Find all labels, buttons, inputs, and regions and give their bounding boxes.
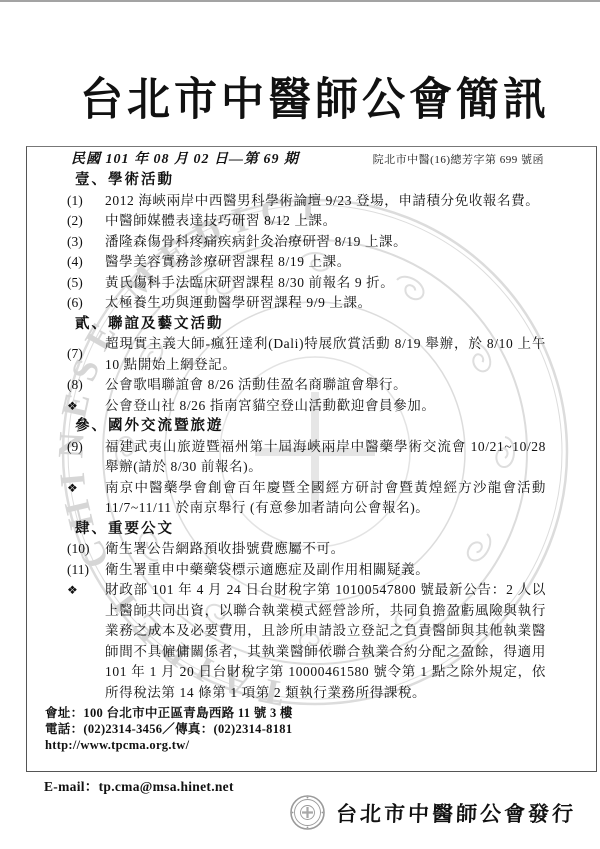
item-text: 財政部 101 年 4 月 24 日台財稅字第 10100547800 號最新公… <box>105 580 546 703</box>
list-item: (8) 公會歌唱聯誼會 8/26 活動佳盈名商聯誼會舉行。 <box>67 375 546 396</box>
list-item: (5) 黃氏傷科手法臨床研習課程 8/30 前報名 9 折。 <box>67 273 546 294</box>
list-item: (7) 超現實主義大師-瘋狂達利(Dali)特展欣賞活動 8/19 舉辦，於 8… <box>67 334 546 375</box>
newsletter-body: 壹、學術活動 (1) 2012 海峽兩岸中西醫男科學術論壇 9/23 登場，申請… <box>27 170 596 703</box>
section-heading-official: 肆、重要公文 <box>67 519 546 540</box>
item-text: 潘隆森傷骨科疼痛疾病針灸治療研習 8/19 上課。 <box>105 232 546 253</box>
list-item: (4) 醫學美容實務診療研習課程 8/19 上課。 <box>67 252 546 273</box>
item-text: 醫學美容實務診療研習課程 8/19 上課。 <box>105 252 546 273</box>
section-heading-academic: 壹、學術活動 <box>67 170 546 191</box>
list-item: (2) 中醫師媒體表達技巧研習 8/12 上課。 <box>67 211 546 232</box>
diamond-bullet-icon: ❖ <box>67 580 105 703</box>
address-line: 會址：100 台北市中正區青島西路 11 號 3 樓 <box>45 705 576 721</box>
item-label: (3) <box>67 232 105 253</box>
item-label: (4) <box>67 252 105 273</box>
association-seal-icon <box>289 794 326 831</box>
section-heading-overseas: 參、國外交流暨旅遊 <box>67 416 546 437</box>
diamond-bullet-icon: ❖ <box>67 478 105 519</box>
publisher-row: 台北市中醫師公會發行 <box>289 794 576 831</box>
document-ref-number: 院北市中醫(16)總芳字第 699 號函 <box>373 151 544 170</box>
item-text: 衛生署公告網路預收掛號費應屬不可。 <box>105 539 546 560</box>
item-label: (8) <box>67 375 105 396</box>
item-text: 福建武夷山旅遊暨福州第十屆海峽兩岸中醫藥學術交流會 10/21~10/28 舉辦… <box>105 437 546 478</box>
phone-fax-line: 電話：(02)2314-3456／傳真：(02)2314-8181 <box>45 721 576 737</box>
item-text: 太極養生功與運動醫學研習課程 9/9 上課。 <box>105 293 546 314</box>
list-item: ❖ 財政部 101 年 4 月 24 日台財稅字第 10100547800 號最… <box>67 580 546 703</box>
email-line: E-mail：tp.cma@msa.hinet.net <box>44 775 234 795</box>
list-item: (6) 太極養生功與運動醫學研習課程 9/9 上課。 <box>67 293 546 314</box>
list-item: (11) 衛生署重申中藥藥袋標示適應症及副作用相關疑義。 <box>67 560 546 581</box>
item-label: (6) <box>67 293 105 314</box>
contact-block: 會址：100 台北市中正區青島西路 11 號 3 樓 電話：(02)2314-3… <box>27 705 596 753</box>
item-label: (1) <box>67 191 105 212</box>
item-text: 黃氏傷科手法臨床研習課程 8/30 前報名 9 折。 <box>105 273 546 294</box>
issue-date-line: 民國 101 年 08 月 02 日—第 69 期 <box>71 150 299 169</box>
item-text: 南京中醫藥學會創會百年慶暨全國經方研討會暨黃煌經方沙龍會活動 11/7~11/1… <box>105 478 546 519</box>
item-text: 2012 海峽兩岸中西醫男科學術論壇 9/23 登場，申請積分免收報名費。 <box>105 191 546 212</box>
list-item: ❖ 公會登山社 8/26 指南宮貓空登山活動歡迎會員參加。 <box>67 396 546 417</box>
item-label: (10) <box>67 539 105 560</box>
item-text: 中醫師媒體表達技巧研習 8/12 上課。 <box>105 211 546 232</box>
item-text: 超現實主義大師-瘋狂達利(Dali)特展欣賞活動 8/19 舉辦，於 8/10 … <box>105 334 546 375</box>
content-frame: 民國 101 年 08 月 02 日—第 69 期 院北市中醫(16)總芳字第 … <box>26 146 597 772</box>
item-label: (5) <box>67 273 105 294</box>
list-item: (10) 衛生署公告網路預收掛號費應屬不可。 <box>67 539 546 560</box>
item-text: 衛生署重申中藥藥袋標示適應症及副作用相關疑義。 <box>105 560 546 581</box>
section-heading-social: 貳、聯誼及藝文活動 <box>67 314 546 335</box>
publisher-name: 台北市中醫師公會發行 <box>335 798 576 828</box>
item-text: 公會歌唱聯誼會 8/26 活動佳盈名商聯誼會舉行。 <box>105 375 546 396</box>
website-line: http://www.tpcma.org.tw/ <box>45 737 576 753</box>
newsletter-title: 台北市中醫師公會簡訊 <box>0 65 600 128</box>
issue-meta-row: 民國 101 年 08 月 02 日—第 69 期 院北市中醫(16)總芳字第 … <box>27 147 596 170</box>
item-text: 公會登山社 8/26 指南宮貓空登山活動歡迎會員參加。 <box>105 396 546 417</box>
diamond-bullet-icon: ❖ <box>67 396 105 417</box>
item-label: (7) <box>67 344 105 365</box>
item-label: (9) <box>67 437 105 478</box>
list-item: (3) 潘隆森傷骨科疼痛疾病針灸治療研習 8/19 上課。 <box>67 232 546 253</box>
list-item: ❖ 南京中醫藥學會創會百年慶暨全國經方研討會暨黃煌經方沙龍會活動 11/7~11… <box>67 478 546 519</box>
item-label: (2) <box>67 211 105 232</box>
list-item: (9) 福建武夷山旅遊暨福州第十屆海峽兩岸中醫藥學術交流會 10/21~10/2… <box>67 437 546 478</box>
list-item: (1) 2012 海峽兩岸中西醫男科學術論壇 9/23 登場，申請積分免收報名費… <box>67 191 546 212</box>
item-label: (11) <box>67 560 105 581</box>
